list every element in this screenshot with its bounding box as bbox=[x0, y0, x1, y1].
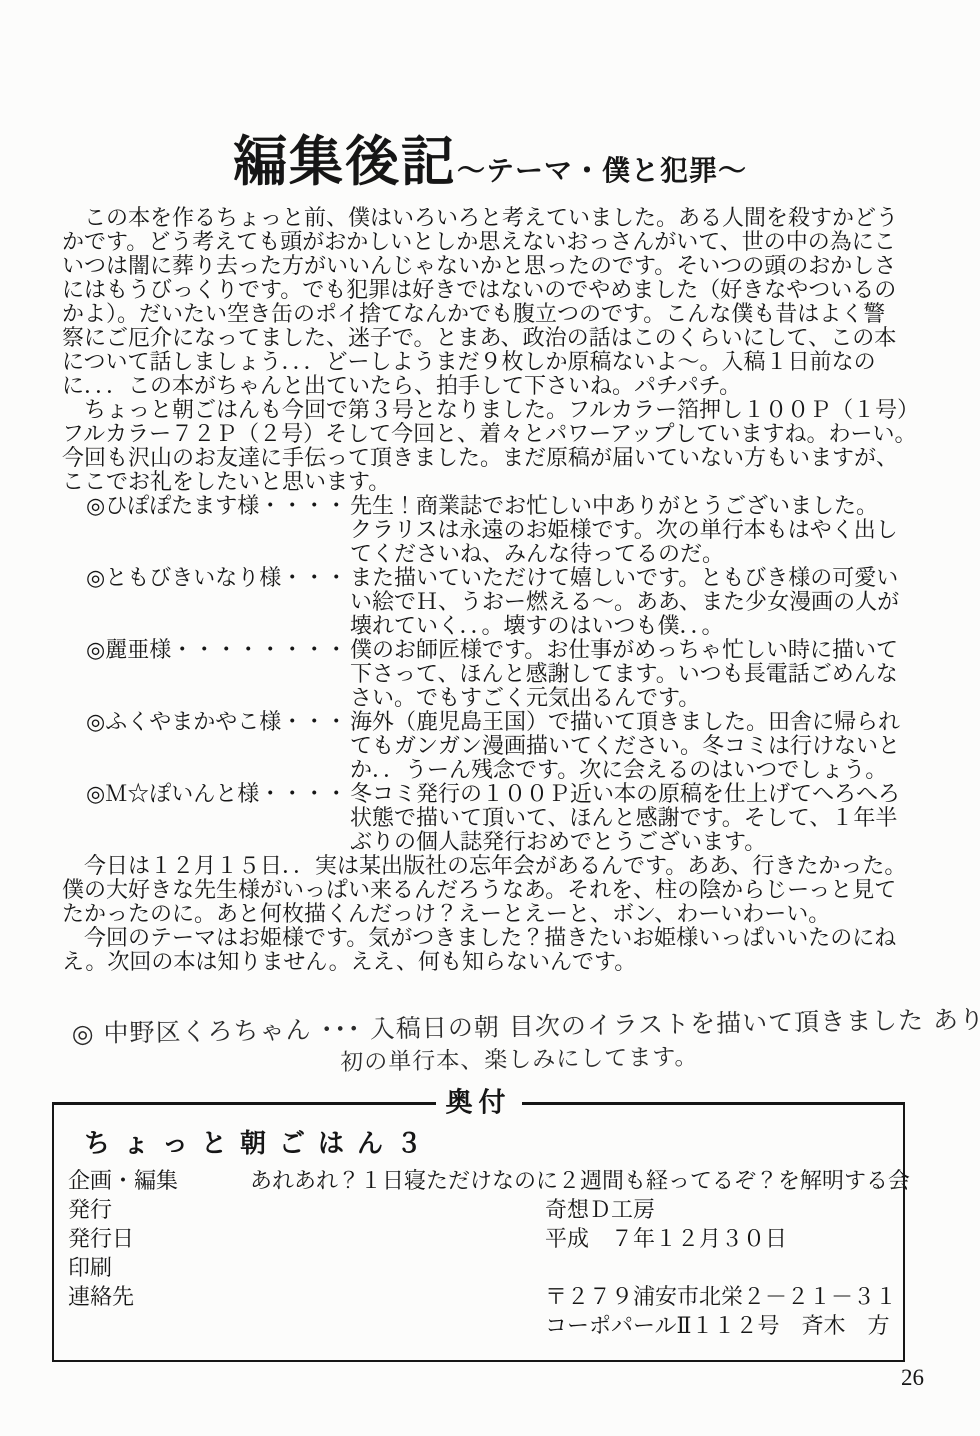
row-label: 印刷 bbox=[68, 1253, 250, 1282]
text-line: ここでお礼をしたいと思います。 bbox=[62, 470, 942, 494]
text-line: 察にご厄介になってました、迷子で。とまあ、政治の話はこのくらいにして、この本 bbox=[62, 326, 942, 350]
row-label: 発行日 bbox=[68, 1224, 250, 1253]
credit-entry: ◎ひぽぽたます様・・・・ 先生！商業誌でお忙しい中ありがとうございました。 クラ… bbox=[86, 494, 942, 566]
text-line: 下さって、ほんと感謝してます。いつも長電話ごめんな bbox=[350, 662, 942, 686]
credit-entry: ◎麗亜様・・・・・・・・ 僕のお師匠様です。お仕事がめっちゃ忙しい時に描いて 下… bbox=[86, 638, 942, 710]
text-line: てくださいね、みんな待ってるのだ。 bbox=[350, 542, 942, 566]
text-line: ちょっと朝ごはんも今回で第３号となりました。フルカラー箔押し１００Ｐ（１号） bbox=[62, 398, 942, 422]
text-line: フルカラー７２Ｐ（２号）そして今回と、着々とパワーアップしていますね。わーい。 bbox=[62, 422, 942, 446]
credit-entry: ◎ともびきいなり様・・・ また描いていただけて嬉しいです。ともびき様の可愛い い… bbox=[86, 566, 942, 638]
text-line: 冬コミ発行の１００Ｐ近い本の原稿を仕上げてへろへろ bbox=[350, 782, 942, 806]
text-line: え。次回の本は知りません。ええ、何も知らないんです。 bbox=[62, 950, 942, 974]
text-line: かよ）。だいたい空き缶のポイ捨てなんかでも腹立つのです。こんな僕も昔はよく警 bbox=[62, 302, 942, 326]
text-line: 海外（鹿児島王国）で描いて頂きました。田舎に帰られ bbox=[350, 710, 942, 734]
text-line: 僕のお師匠様です。お仕事がめっちゃ忙しい時に描いて bbox=[350, 638, 942, 662]
text-line: また描いていただけて嬉しいです。ともびき様の可愛い bbox=[350, 566, 942, 590]
credit-text: また描いていただけて嬉しいです。ともびき様の可愛い い絵でＨ、うおー燃える～。あ… bbox=[350, 566, 942, 638]
text-line: について話しましょう．．．どーしようまだ９枚しか原稿ないよ～。入稿１日前なの bbox=[62, 350, 942, 374]
body-text: この本を作るちょっと前、僕はいろいろと考えていました。ある人間を殺すかどう かで… bbox=[62, 206, 942, 974]
text-line: 状態で描いて頂いて、ほんと感謝です。そして、１年半 bbox=[350, 806, 942, 830]
text-line: いつは闇に葬り去った方がいいんじゃないかと思ったのです。そいつの頭のおかしさ bbox=[62, 254, 942, 278]
paragraph-intro: この本を作るちょっと前、僕はいろいろと考えていました。ある人間を殺すかどう かで… bbox=[62, 206, 942, 398]
credit-entry: ◎Ｍ☆ぽいんと様・・・・ 冬コミ発行の１００Ｐ近い本の原稿を仕上げてへろへろ 状… bbox=[86, 782, 942, 854]
text-line: たかったのに。あと何枚描くんだっけ？えーとえーと、ボン、わーいわーい。 bbox=[62, 902, 942, 926]
colophon-row-printer: 印刷 bbox=[68, 1253, 891, 1282]
credit-text: 僕のお師匠様です。お仕事がめっちゃ忙しい時に描いて 下さって、ほんと感謝してます… bbox=[350, 638, 942, 710]
row-value: 〒２７９浦安市北栄２－２１－３１ コーポパールⅡ１１２号 斉木 方 bbox=[250, 1282, 897, 1340]
credits-list: ◎ひぽぽたます様・・・・ 先生！商業誌でお忙しい中ありがとうございました。 クラ… bbox=[86, 494, 942, 854]
handwritten-note: ◎ 中野区くろちゃん ･･･ 入稿日の朝 目次のイラストを描いて頂きました あり… bbox=[72, 1003, 980, 1083]
page-subtitle: ～テーマ・僕と犯罪～ bbox=[457, 142, 747, 202]
text-line: にはもうびっくりです。でも犯罪は好きではないのでやめました（好きなやついるの bbox=[62, 278, 942, 302]
contact-address-line: 〒２７９浦安市北栄２－２１－３１ bbox=[545, 1282, 897, 1311]
colophon-row-pubdate: 発行日 平成 ７年１２月３０日 bbox=[68, 1224, 891, 1253]
contact-address-line: コーポパールⅡ１１２号 斉木 方 bbox=[545, 1311, 897, 1340]
credit-name: ◎Ｍ☆ぽいんと様・・・・ bbox=[86, 782, 350, 854]
colophon-box: 奥付 ちょっと朝ごはん３ 企画・編集 あれあれ？１日寝ただけなのに２週間も経って… bbox=[52, 1102, 905, 1362]
row-value bbox=[250, 1253, 545, 1282]
text-line: か．．うーん残念です。次に会えるのはいつでしょう。 bbox=[350, 758, 942, 782]
text-line: この本を作るちょっと前、僕はいろいろと考えていました。ある人間を殺すかどう bbox=[62, 206, 942, 230]
credit-text: 冬コミ発行の１００Ｐ近い本の原稿を仕上げてへろへろ 状態で描いて頂いて、ほんと感… bbox=[350, 782, 942, 854]
colophon-row-publisher: 発行 奇想Ｄ工房 bbox=[68, 1195, 891, 1224]
credit-name: ◎ひぽぽたます様・・・・ bbox=[86, 494, 350, 566]
text-line: い絵でＨ、うおー燃える～。ああ、また少女漫画の人が bbox=[350, 590, 942, 614]
page-number: 26 bbox=[0, 1365, 924, 1391]
text-line: さい。でもすごく元気出るんです。 bbox=[350, 686, 942, 710]
text-line: 壊れていく．．。壊すのはいつも僕．．。 bbox=[350, 614, 942, 638]
row-value: あれあれ？１日寝ただけなのに２週間も経ってるぞ？を解明する会 bbox=[250, 1166, 910, 1195]
text-line: に．．．この本がちゃんと出ていたら、拍手して下さいね。パチパチ。 bbox=[62, 374, 942, 398]
text-line: 今回のテーマはお姫様です。気がつきました？描きたいお姫様いっぱいいたのにね bbox=[62, 926, 942, 950]
credit-text: 海外（鹿児島王国）で描いて頂きました。田舎に帰られ てもガンガン漫画描いてくださ… bbox=[350, 710, 942, 782]
row-label: 企画・編集 bbox=[68, 1166, 250, 1195]
scanned-afterword-page: 編集後記～テーマ・僕と犯罪～ この本を作るちょっと前、僕はいろいろと考えていまし… bbox=[0, 0, 980, 1436]
row-value: 奇想Ｄ工房 bbox=[250, 1195, 655, 1224]
text-line: 今回も沢山のお友達に手伝って頂きました。まだ原稿が届いていない方もいますが、 bbox=[62, 446, 942, 470]
text-line: 僕の大好きな先生様がいっぱい来るんだろうなあ。それを、柱の陰からじーっと見て bbox=[62, 878, 942, 902]
text-line: てもガンガン漫画描いてください。冬コミは行けないと bbox=[350, 734, 942, 758]
colophon-row-contact: 連絡先 〒２７９浦安市北栄２－２１－３１ コーポパールⅡ１１２号 斉木 方 bbox=[68, 1282, 891, 1340]
text-line: 今日は１２月１５日．．実は某出版社の忘年会があるんです。ああ、行きたかった。 bbox=[62, 854, 942, 878]
credit-text: 先生！商業誌でお忙しい中ありがとうございました。 クラリスは永遠のお姫様です。次… bbox=[350, 494, 942, 566]
paragraph-issue-3: ちょっと朝ごはんも今回で第３号となりました。フルカラー箔押し１００Ｐ（１号） フ… bbox=[62, 398, 942, 494]
text-line: クラリスは永遠のお姫様です。次の単行本もはやく出し bbox=[350, 518, 942, 542]
row-label: 連絡先 bbox=[68, 1282, 250, 1340]
book-title: ちょっと朝ごはん３ bbox=[84, 1123, 891, 1160]
row-value: 平成 ７年１２月３０日 bbox=[250, 1224, 787, 1253]
row-label: 発行 bbox=[68, 1195, 250, 1224]
credit-name: ◎麗亜様・・・・・・・・ bbox=[86, 638, 350, 710]
colophon-row-planning: 企画・編集 あれあれ？１日寝ただけなのに２週間も経ってるぞ？を解明する会 bbox=[68, 1166, 891, 1195]
text-line: かです。どう考えても頭がおかしいとしか思えないおっさんがいて、世の中の為にこ bbox=[62, 230, 942, 254]
page-title: 編集後記 bbox=[233, 132, 457, 192]
credit-name: ◎ともびきいなり様・・・ bbox=[86, 566, 350, 638]
paragraph-party: 今日は１２月１５日．．実は某出版社の忘年会があるんです。ああ、行きたかった。 僕… bbox=[62, 854, 942, 926]
text-line: 先生！商業誌でお忙しい中ありがとうございました。 bbox=[350, 494, 942, 518]
credit-entry: ◎ふくやまかやこ様・・・ 海外（鹿児島王国）で描いて頂きました。田舎に帰られ て… bbox=[86, 710, 942, 782]
credit-name: ◎ふくやまかやこ様・・・ bbox=[86, 710, 350, 782]
paragraph-theme: 今回のテーマはお姫様です。気がつきました？描きたいお姫様いっぱいいたのにね え。… bbox=[62, 926, 942, 974]
text-line: ぶりの個人誌発行おめでとうございます。 bbox=[350, 830, 942, 854]
page-header: 編集後記～テーマ・僕と犯罪～ bbox=[0, 0, 980, 202]
colophon-legend: 奥付 bbox=[436, 1089, 522, 1116]
